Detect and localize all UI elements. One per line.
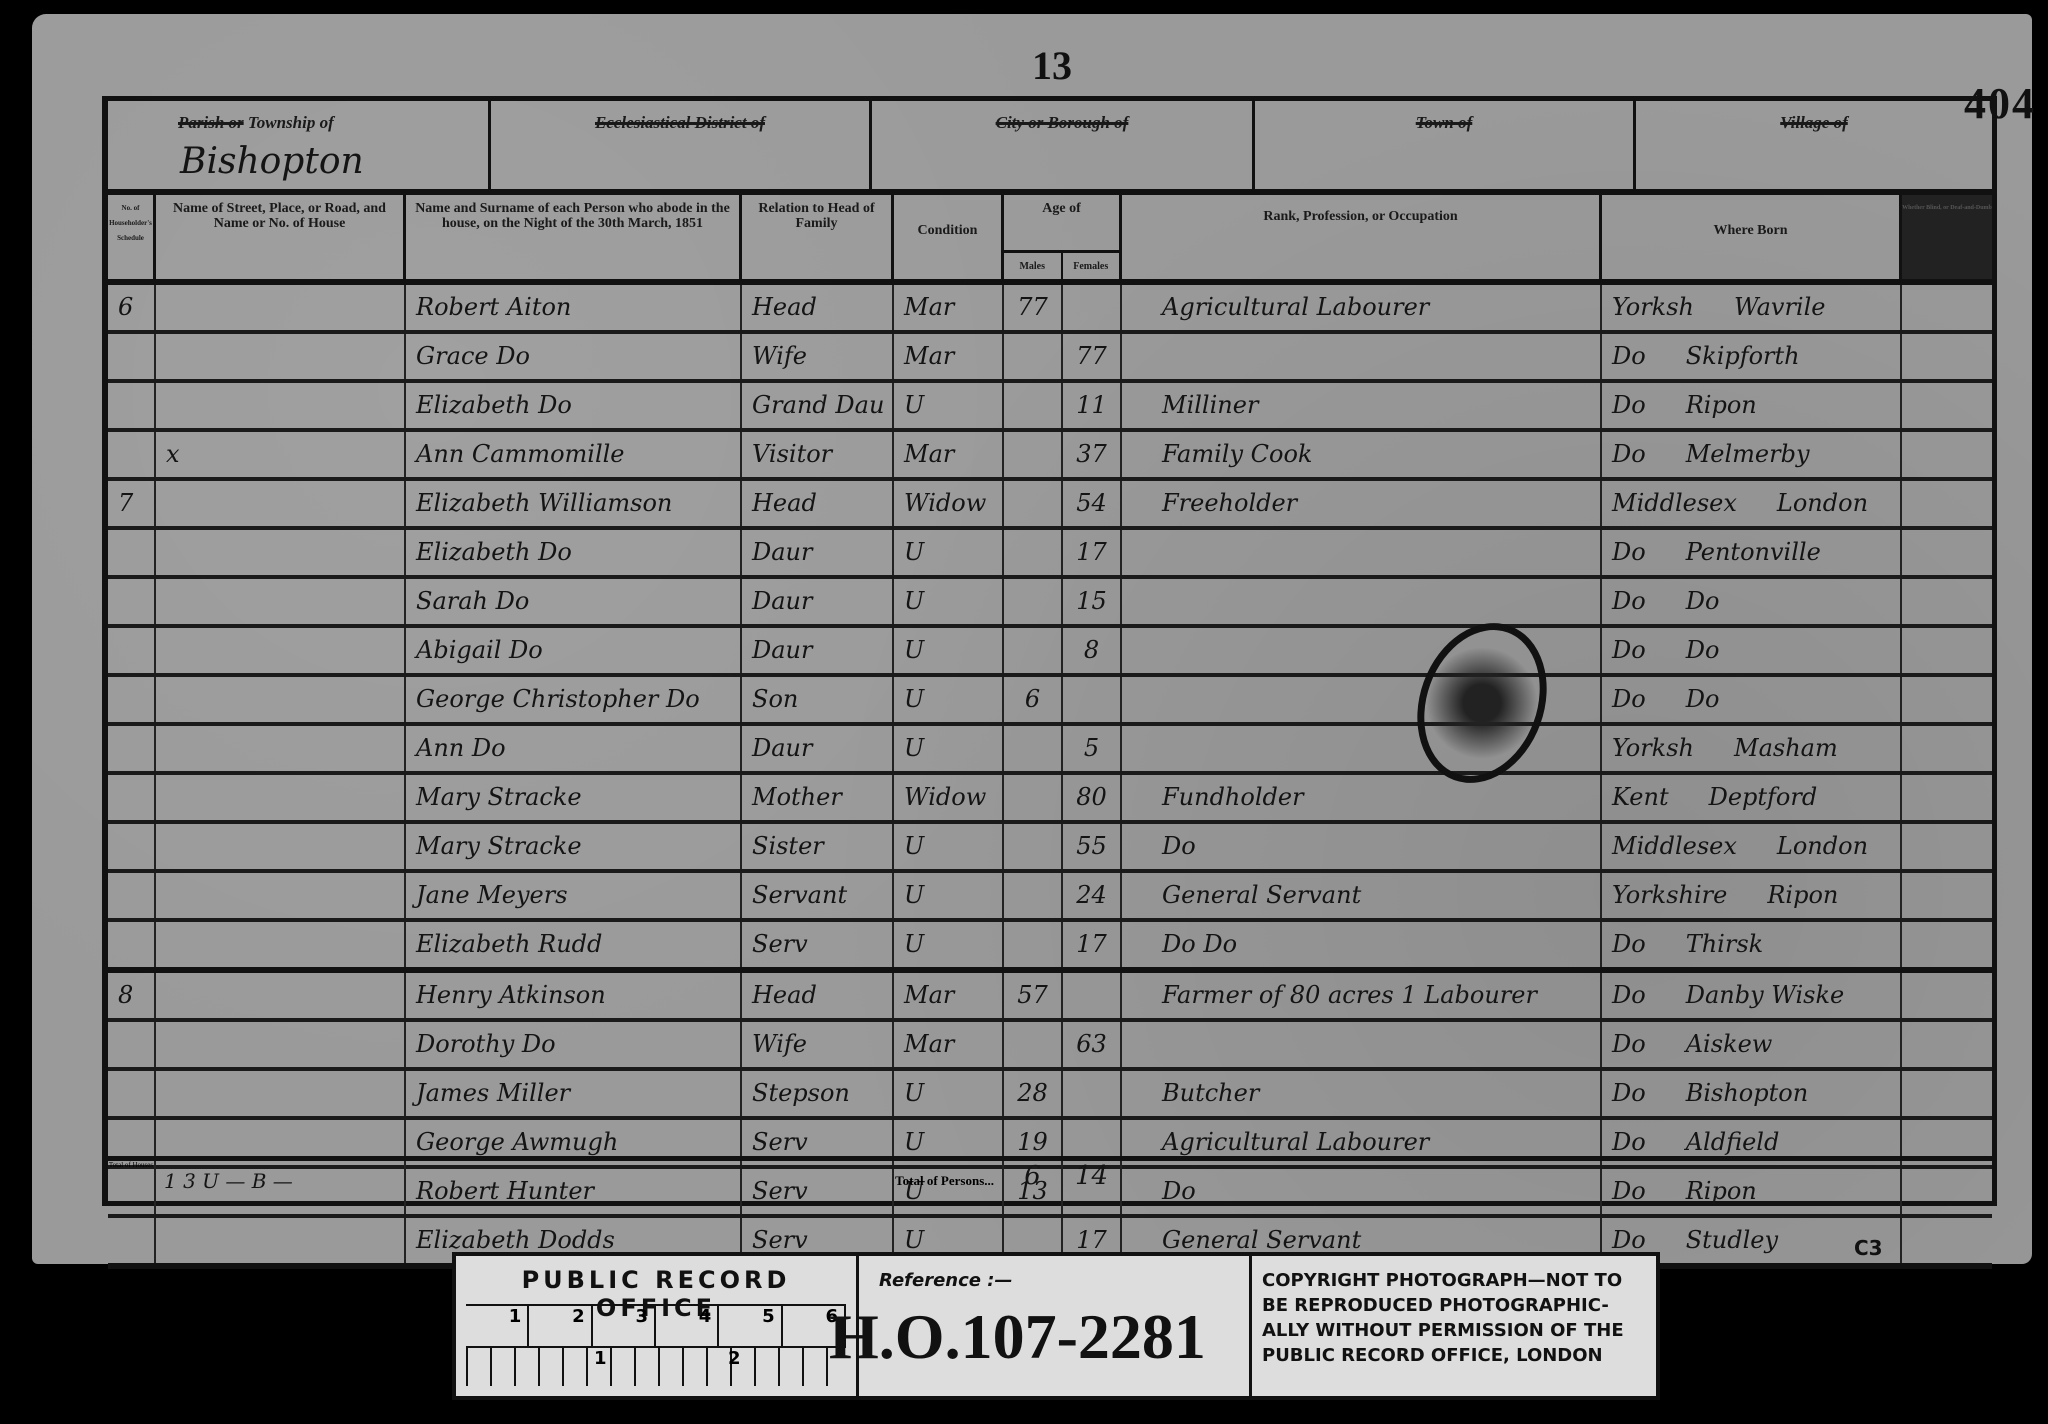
cell-street	[156, 775, 406, 820]
cell-male	[1004, 824, 1063, 869]
born-place: London	[1777, 489, 1868, 517]
cell-relation: Daur	[742, 579, 894, 624]
corner-mark: C3	[1854, 1236, 1883, 1260]
cell-name: Elizabeth Do	[406, 383, 742, 428]
cell-occupation: Do	[1122, 824, 1602, 869]
ruler-inch-ticks	[466, 1346, 846, 1386]
cell-male: 28	[1004, 1071, 1063, 1116]
cell-female: 17	[1063, 530, 1122, 575]
table-row: xAnn CammomilleVisitorMar37Family CookDo…	[108, 432, 1992, 481]
cell-female: 63	[1063, 1022, 1122, 1067]
cell-where-born: DoDanby Wiske	[1602, 973, 1902, 1018]
cell-occupation	[1122, 579, 1602, 624]
cell-blind-deaf	[1902, 481, 1992, 526]
cell-condition: U	[894, 824, 1004, 869]
cell-name: Sarah Do	[406, 579, 742, 624]
cell-female: 37	[1063, 432, 1122, 477]
cell-relation: Daur	[742, 726, 894, 771]
cell-street	[156, 628, 406, 673]
cell-schedule	[108, 1022, 156, 1067]
males-label: Males	[1004, 253, 1063, 279]
cell-street: x	[156, 432, 406, 477]
cell-male	[1004, 530, 1063, 575]
born-place: Skipforth	[1686, 342, 1800, 370]
cell-occupation: Butcher	[1122, 1071, 1602, 1116]
cell-female: 11	[1063, 383, 1122, 428]
cell-where-born: DoDo	[1602, 628, 1902, 673]
cell-schedule	[108, 726, 156, 771]
cell-occupation: Do Do	[1122, 922, 1602, 967]
persons-label: Total of Persons...	[406, 1161, 1004, 1201]
born-county: Yorksh	[1612, 734, 1694, 762]
cell-where-born: DoDo	[1602, 579, 1902, 624]
cell-blind-deaf	[1902, 922, 1992, 967]
ecclesiastical-cell: Ecclesiastical District of	[491, 101, 872, 189]
cell-name: Jane Meyers	[406, 873, 742, 918]
cell-occupation: Milliner	[1122, 383, 1602, 428]
table-row: Mary StrackeSisterU55DoMiddlesexLondon	[108, 824, 1992, 873]
col-condition: Condition	[894, 195, 1004, 279]
born-county: Yorkshire	[1612, 881, 1727, 909]
table-row: James MillerStepsonU28ButcherDoBishopton	[108, 1071, 1992, 1120]
born-county: Do	[1612, 538, 1646, 566]
cell-blind-deaf	[1902, 677, 1992, 722]
born-county: Do	[1612, 1079, 1646, 1107]
cell-street	[156, 726, 406, 771]
town-cell: Town of	[1255, 101, 1636, 189]
city-cell: City or Borough of	[872, 101, 1255, 189]
cell-occupation: Agricultural Labourer	[1122, 285, 1602, 330]
cell-street	[156, 824, 406, 869]
cell-where-born: DoBishopton	[1602, 1071, 1902, 1116]
born-place: Melmerby	[1686, 440, 1810, 468]
cell-where-born: DoThirsk	[1602, 922, 1902, 967]
cell-condition: U	[894, 1071, 1004, 1116]
table-row: Ann DoDaurU5YorkshMasham	[108, 726, 1992, 775]
cell-relation: Visitor	[742, 432, 894, 477]
col-where-born: Where Born	[1602, 195, 1902, 279]
cell-name: Mary Stracke	[406, 824, 742, 869]
born-county: Middlesex	[1612, 832, 1737, 860]
cell-street	[156, 873, 406, 918]
born-place: Do	[1686, 685, 1720, 713]
col-occupation: Rank, Profession, or Occupation	[1122, 195, 1602, 279]
born-county: Do	[1612, 685, 1646, 713]
cell-condition: Mar	[894, 973, 1004, 1018]
copyright-notice: COPYRIGHT PHOTOGRAPH—NOT TO BE REPRODUCE…	[1252, 1256, 1656, 1396]
township-label: Township of	[248, 113, 334, 132]
cell-street	[156, 922, 406, 967]
cell-schedule	[108, 922, 156, 967]
cell-where-born: YorkshireRipon	[1602, 873, 1902, 918]
cell-relation: Head	[742, 973, 894, 1018]
township-cell: Parish or Township of Bishopton	[108, 101, 491, 189]
born-county: Yorksh	[1612, 293, 1694, 321]
age-of-label: Age of	[1042, 201, 1081, 216]
col-name: Name and Surname of each Person who abod…	[406, 195, 742, 279]
females-total: 14	[1063, 1161, 1122, 1201]
cell-name: Ann Do	[406, 726, 742, 771]
cell-schedule	[108, 579, 156, 624]
cell-relation: Serv	[742, 922, 894, 967]
cell-where-born: MiddlesexLondon	[1602, 824, 1902, 869]
cell-schedule	[108, 628, 156, 673]
cell-schedule	[108, 432, 156, 477]
table-row: Elizabeth DoDaurU17DoPentonville	[108, 530, 1992, 579]
cell-schedule	[108, 824, 156, 869]
born-county: Do	[1612, 1030, 1646, 1058]
pro-ruler-panel: PUBLIC RECORD OFFICE 1 2 3 4 5 6 1 2	[456, 1256, 859, 1396]
cell-blind-deaf	[1902, 824, 1992, 869]
cell-male	[1004, 1022, 1063, 1067]
born-county: Kent	[1612, 783, 1669, 811]
cell-where-born: DoRipon	[1602, 383, 1902, 428]
district-header: Parish or Township of Bishopton Ecclesia…	[108, 101, 1992, 195]
cell-male	[1004, 775, 1063, 820]
table-row: Mary StrackeMotherWidow80FundholderKentD…	[108, 775, 1992, 824]
census-page: 13 404 Parish or Township of Bishopton E…	[32, 14, 2032, 1264]
cell-condition: U	[894, 922, 1004, 967]
cell-occupation: Farmer of 80 acres 1 Labourer	[1122, 973, 1602, 1018]
cell-occupation	[1122, 530, 1602, 575]
born-place: Studley	[1686, 1226, 1778, 1254]
reference-panel: Reference :— H.O.107-2281	[859, 1256, 1252, 1396]
cell-male	[1004, 922, 1063, 967]
cell-occupation: Fundholder	[1122, 775, 1602, 820]
cell-female: 15	[1063, 579, 1122, 624]
cell-condition: U	[894, 873, 1004, 918]
cell-blind-deaf	[1902, 579, 1992, 624]
born-county: Do	[1612, 342, 1646, 370]
cell-blind-deaf	[1902, 285, 1992, 330]
cell-blind-deaf	[1902, 432, 1992, 477]
born-place: Masham	[1734, 734, 1838, 762]
city-label: City or Borough of	[872, 113, 1252, 133]
cell-female: 77	[1063, 334, 1122, 379]
reference-label: Reference :—	[879, 1270, 1012, 1291]
born-place: Pentonville	[1686, 538, 1821, 566]
cell-condition: Mar	[894, 432, 1004, 477]
cell-blind-deaf	[1902, 1218, 1992, 1263]
cell-name: Elizabeth Rudd	[406, 922, 742, 967]
col-blind-deaf: Whether Blind, or Deaf-and-Dumb	[1902, 195, 1992, 279]
cell-blind-deaf	[1902, 873, 1992, 918]
cell-male: 77	[1004, 285, 1063, 330]
cell-male	[1004, 383, 1063, 428]
born-place: Aiskew	[1686, 1030, 1773, 1058]
cell-name: Elizabeth Do	[406, 530, 742, 575]
cell-blind-deaf	[1902, 1022, 1992, 1067]
cell-female: 80	[1063, 775, 1122, 820]
cell-condition: Mar	[894, 285, 1004, 330]
cell-occupation	[1122, 334, 1602, 379]
totals-row: Total of Houses 1 3 U — B — Total of Per…	[108, 1156, 1992, 1201]
parish-label-struck: Parish or	[178, 113, 244, 132]
females-label: Females	[1063, 253, 1120, 279]
cell-female: 55	[1063, 824, 1122, 869]
cell-condition: Widow	[894, 481, 1004, 526]
born-county: Do	[1612, 1128, 1646, 1156]
cell-female	[1063, 1071, 1122, 1116]
cell-female: 17	[1063, 922, 1122, 967]
born-place: Bishopton	[1686, 1079, 1808, 1107]
township-value: Bishopton	[180, 141, 364, 182]
born-place: Wavrile	[1734, 293, 1825, 321]
cell-blind-deaf	[1902, 628, 1992, 673]
cell-name: Abigail Do	[406, 628, 742, 673]
cell-occupation: Freeholder	[1122, 481, 1602, 526]
born-place: Danby Wiske	[1686, 981, 1845, 1009]
cell-blind-deaf	[1902, 726, 1992, 771]
cell-female	[1063, 677, 1122, 722]
houses-value: 1 3 U — B —	[156, 1161, 406, 1201]
cell-name: Dorothy Do	[406, 1022, 742, 1067]
cell-male	[1004, 726, 1063, 771]
cell-street	[156, 579, 406, 624]
cell-street	[156, 481, 406, 526]
born-place: Do	[1686, 636, 1720, 664]
cell-schedule	[108, 873, 156, 918]
houses-label: Total of Houses	[108, 1161, 156, 1201]
cell-where-born: YorkshWavrile	[1602, 285, 1902, 330]
cell-male	[1004, 481, 1063, 526]
cell-relation: Servant	[742, 873, 894, 918]
cell-blind-deaf	[1902, 1071, 1992, 1116]
ruler-cm: 1 2 3 4 5 6	[466, 1304, 846, 1348]
table-row: Jane MeyersServantU24General ServantYork…	[108, 873, 1992, 922]
cell-name: Mary Stracke	[406, 775, 742, 820]
cell-female: 24	[1063, 873, 1122, 918]
cell-relation: Daur	[742, 530, 894, 575]
cell-schedule: 8	[108, 973, 156, 1018]
cell-occupation	[1122, 1022, 1602, 1067]
cell-where-born: KentDeptford	[1602, 775, 1902, 820]
cell-female: 8	[1063, 628, 1122, 673]
village-label: Village of	[1636, 113, 1992, 133]
born-county: Do	[1612, 981, 1646, 1009]
cell-male	[1004, 628, 1063, 673]
males-total: 6	[1004, 1161, 1063, 1201]
cell-condition: U	[894, 628, 1004, 673]
cell-schedule: 6	[108, 285, 156, 330]
born-place: Ripon	[1767, 881, 1838, 909]
cell-relation: Stepson	[742, 1071, 894, 1116]
born-county: Middlesex	[1612, 489, 1737, 517]
cell-female: 5	[1063, 726, 1122, 771]
table-row: Elizabeth RuddServU17Do DoDoThirsk	[108, 922, 1992, 973]
census-rows: 6Robert AitonHeadMar77Agricultural Labou…	[108, 285, 1992, 1269]
cell-relation: Wife	[742, 1022, 894, 1067]
cell-where-born: DoDo	[1602, 677, 1902, 722]
cell-condition: U	[894, 677, 1004, 722]
cell-relation: Daur	[742, 628, 894, 673]
cell-name: George Christopher Do	[406, 677, 742, 722]
cell-street	[156, 285, 406, 330]
cell-street	[156, 1218, 406, 1263]
table-row: 6Robert AitonHeadMar77Agricultural Labou…	[108, 285, 1992, 334]
cell-where-born: DoMelmerby	[1602, 432, 1902, 477]
cell-condition: Mar	[894, 1022, 1004, 1067]
cell-occupation: General Servant	[1122, 873, 1602, 918]
cell-relation: Head	[742, 481, 894, 526]
cell-schedule: 7	[108, 481, 156, 526]
table-row: 8Henry AtkinsonHeadMar57Farmer of 80 acr…	[108, 973, 1992, 1022]
cell-condition: U	[894, 726, 1004, 771]
cell-schedule	[108, 677, 156, 722]
cell-name: Robert Aiton	[406, 285, 742, 330]
cell-condition: U	[894, 530, 1004, 575]
cell-relation: Mother	[742, 775, 894, 820]
cell-where-born: YorkshMasham	[1602, 726, 1902, 771]
cell-male: 57	[1004, 973, 1063, 1018]
cell-male	[1004, 579, 1063, 624]
cell-relation: Grand Dau	[742, 383, 894, 428]
cell-street	[156, 383, 406, 428]
cell-where-born: MiddlesexLondon	[1602, 481, 1902, 526]
born-county: Do	[1612, 440, 1646, 468]
born-place: London	[1777, 832, 1868, 860]
ecclesiastical-label: Ecclesiastical District of	[491, 113, 869, 133]
town-label: Town of	[1255, 113, 1633, 133]
table-row: Abigail DoDaurU8DoDo	[108, 628, 1992, 677]
cell-blind-deaf	[1902, 973, 1992, 1018]
cell-blind-deaf	[1902, 775, 1992, 820]
cell-female	[1063, 973, 1122, 1018]
col-street: Name of Street, Place, or Road, and Name…	[156, 195, 406, 279]
cell-schedule	[108, 530, 156, 575]
reference-value: H.O.107-2281	[829, 1300, 1206, 1374]
cell-schedule	[108, 775, 156, 820]
cell-relation: Son	[742, 677, 894, 722]
cell-relation: Head	[742, 285, 894, 330]
cell-street	[156, 530, 406, 575]
cell-street	[156, 1022, 406, 1067]
born-county: Do	[1612, 930, 1646, 958]
cell-name: Henry Atkinson	[406, 973, 742, 1018]
cell-condition: Mar	[894, 334, 1004, 379]
table-row: Grace DoWifeMar77DoSkipforth	[108, 334, 1992, 383]
village-cell: Village of	[1636, 101, 1992, 189]
born-county: Do	[1612, 587, 1646, 615]
cell-female: 54	[1063, 481, 1122, 526]
column-headers: No. of Householder's Schedule Name of St…	[108, 195, 1992, 285]
cell-condition: U	[894, 579, 1004, 624]
cell-street	[156, 1071, 406, 1116]
cell-schedule	[108, 334, 156, 379]
cell-male: 6	[1004, 677, 1063, 722]
cell-relation: Sister	[742, 824, 894, 869]
cell-where-born: DoSkipforth	[1602, 334, 1902, 379]
cell-condition: Widow	[894, 775, 1004, 820]
cell-where-born: DoAiskew	[1602, 1022, 1902, 1067]
born-county: Do	[1612, 636, 1646, 664]
cell-street	[156, 334, 406, 379]
born-place: Aldfield	[1686, 1128, 1780, 1156]
cell-name: Grace Do	[406, 334, 742, 379]
cell-blind-deaf	[1902, 334, 1992, 379]
cell-male	[1004, 873, 1063, 918]
public-record-office-label: PUBLIC RECORD OFFICE 1 2 3 4 5 6 1 2 Ref…	[452, 1252, 1660, 1400]
cell-street	[156, 973, 406, 1018]
table-row: Dorothy DoWifeMar63DoAiskew	[108, 1022, 1992, 1071]
cell-name: James Miller	[406, 1071, 742, 1116]
cell-male	[1004, 432, 1063, 477]
cell-name: Elizabeth Williamson	[406, 481, 742, 526]
born-place: Do	[1686, 587, 1720, 615]
born-county: Do	[1612, 1226, 1646, 1254]
born-place: Deptford	[1709, 783, 1818, 811]
col-schedule: No. of Householder's Schedule	[108, 195, 156, 279]
col-relation: Relation to Head of Family	[742, 195, 894, 279]
cell-condition: U	[894, 383, 1004, 428]
cell-schedule	[108, 383, 156, 428]
cell-name: Ann Cammomille	[406, 432, 742, 477]
cell-schedule	[108, 1071, 156, 1116]
cell-blind-deaf	[1902, 383, 1992, 428]
cell-occupation: Family Cook	[1122, 432, 1602, 477]
cell-female	[1063, 285, 1122, 330]
census-table: Parish or Township of Bishopton Ecclesia…	[102, 96, 1997, 1206]
cell-relation: Wife	[742, 334, 894, 379]
cell-male	[1004, 334, 1063, 379]
cell-blind-deaf	[1902, 530, 1992, 575]
cell-where-born: DoPentonville	[1602, 530, 1902, 575]
cell-schedule	[108, 1218, 156, 1263]
printed-page-number: 13	[1032, 42, 1072, 89]
born-place: Thirsk	[1686, 930, 1763, 958]
born-county: Do	[1612, 391, 1646, 419]
cell-street	[156, 677, 406, 722]
table-row: 7Elizabeth WilliamsonHeadWidow54Freehold…	[108, 481, 1992, 530]
born-place: Ripon	[1686, 391, 1757, 419]
table-row: Sarah DoDaurU15DoDo	[108, 579, 1992, 628]
col-age: Age of Males Females	[1004, 195, 1122, 279]
table-row: Elizabeth DoGrand DauU11MillinerDoRipon	[108, 383, 1992, 432]
table-row: George Christopher DoSonU6DoDo	[108, 677, 1992, 726]
